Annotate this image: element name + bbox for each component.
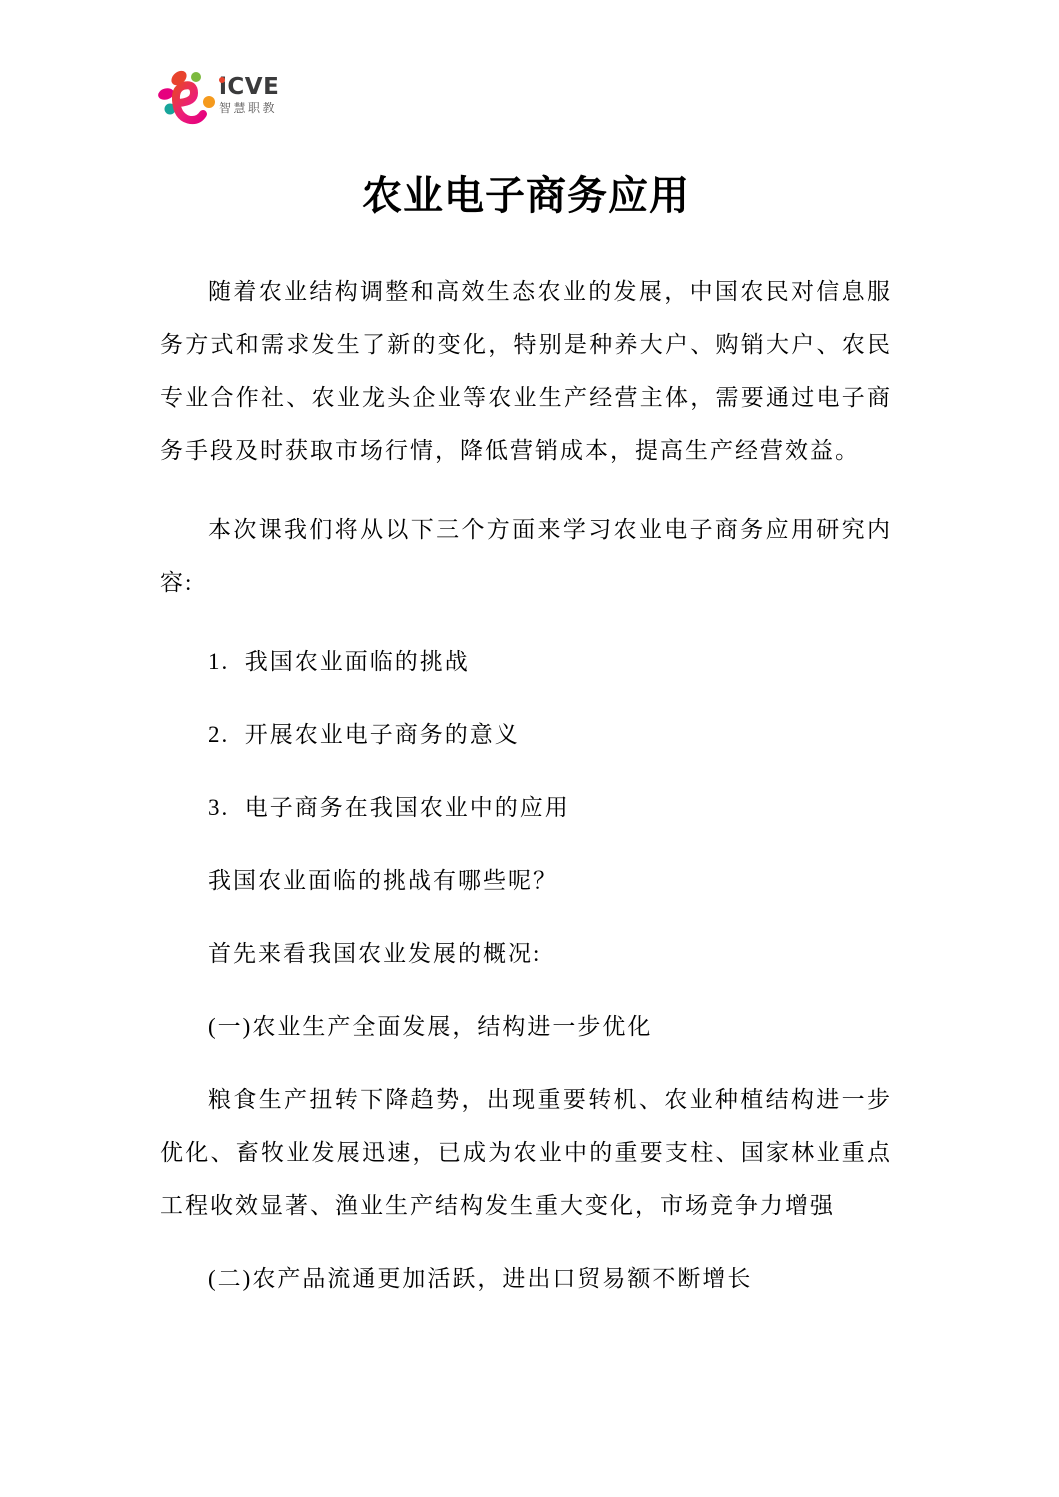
logo-text-block: iCVE 智慧职教 (219, 66, 279, 115)
list-item-1: 1. 我国农业面临的挑战 (160, 635, 892, 688)
paragraph-intro: 随着农业结构调整和高效生态农业的发展，中国农民对信息服务方式和需求发生了新的变化… (160, 265, 892, 477)
icve-logo-mark-icon (158, 66, 216, 130)
list-item-3: 3. 电子商务在我国农业中的应用 (160, 781, 892, 834)
document-title: 农业电子商务应用 (160, 166, 892, 226)
paragraph-section-1-body: 粮食生产扭转下降趋势，出现重要转机、农业种植结构进一步优化、畜牧业发展迅速，已成… (160, 1073, 892, 1232)
heading-section-2: (二)农产品流通更加活跃，进出口贸易额不断增长 (160, 1252, 892, 1305)
petal-orange-icon (203, 96, 215, 108)
brand-subtitle: 智慧职教 (219, 101, 279, 115)
heading-section-1: (一)农业生产全面发展，结构进一步优化 (160, 1000, 892, 1053)
document-content: 随着农业结构调整和高效生态农业的发展，中国农民对信息服务方式和需求发生了新的变化… (160, 265, 892, 1305)
list-item-2: 2. 开展农业电子商务的意义 (160, 708, 892, 761)
brand-name: iCVE (219, 76, 279, 98)
icve-logo: iCVE 智慧职教 (158, 66, 279, 130)
paragraph-overview: 本次课我们将从以下三个方面来学习农业电子商务应用研究内容: (160, 503, 892, 609)
document-body: 农业电子商务应用 随着农业结构调整和高效生态农业的发展，中国农民对信息服务方式和… (160, 130, 892, 1325)
document-page: iCVE 智慧职教 农业电子商务应用 随着农业结构调整和高效生态农业的发展，中国… (0, 0, 1059, 1497)
logo-e-swirl-icon (176, 85, 203, 120)
petal-green-icon (191, 72, 201, 82)
paragraph-lead: 首先来看我国农业发展的概况: (160, 927, 892, 980)
paragraph-question: 我国农业面临的挑战有哪些呢？ (160, 854, 892, 907)
